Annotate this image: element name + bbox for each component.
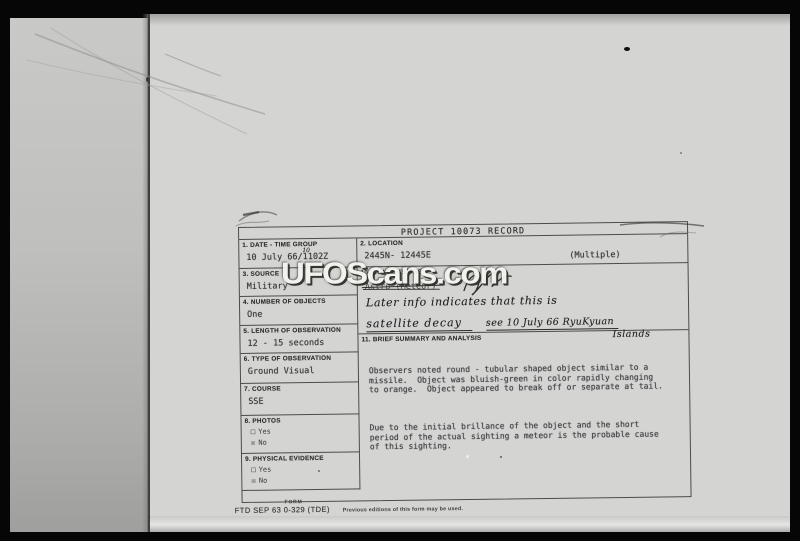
field-label: 8. PHOTOS	[241, 414, 358, 425]
field-value: 12 - 15 seconds	[240, 333, 357, 349]
photos-yes-option: □Yes	[251, 425, 359, 435]
field-number-of-objects: 4. NUMBER OF OBJECTS One	[240, 295, 358, 326]
footer-note: Previous editions of this form may be us…	[343, 506, 463, 514]
option-label: Yes	[258, 428, 271, 436]
field-value: Ground Visual	[241, 361, 358, 377]
dust-speck	[318, 470, 320, 472]
option-label: Yes	[259, 466, 272, 474]
summary-text: Observers noted round - tubular shaped o…	[369, 343, 667, 480]
multiple-note: (Multiple)	[569, 250, 620, 261]
field-physical-evidence: 9. PHYSICAL EVIDENCE □Yes ☒No	[242, 452, 360, 491]
evidence-yes-option: □Yes	[251, 463, 359, 473]
dust-speck	[624, 47, 630, 51]
evidence-no-option: ☒No	[251, 474, 359, 484]
dust-speck	[680, 152, 682, 154]
dust-speck	[466, 455, 469, 458]
field-photos: 8. PHOTOS □Yes ☒No	[241, 414, 359, 454]
checkbox-checked-icon: ☒	[251, 476, 256, 485]
field-brief-summary: 11. BRIEF SUMMARY AND ANALYSIS Islands O…	[358, 330, 690, 500]
field-value: One	[240, 304, 357, 320]
option-label: No	[258, 439, 267, 447]
handwritten-note-line2: satellite decaysee 10 July 66 RyuKyuan	[366, 311, 618, 332]
field-type-of-observation: 6. TYPE OF OBSERVATION Ground Visual	[241, 352, 359, 384]
option-label: No	[259, 477, 268, 485]
dust-speck	[146, 77, 149, 82]
dust-speck	[500, 456, 502, 458]
ufoscans-watermark: UFOScans.com	[281, 256, 507, 291]
summary-paragraph-2: Due to the initial brillance of the obje…	[370, 420, 666, 453]
field-length-of-observation: 5. LENGTH OF OBSERVATION 12 - 15 seconds	[240, 324, 358, 354]
checkbox-unchecked-icon: □	[251, 465, 256, 474]
checkbox-checked-icon: ☒	[251, 438, 256, 447]
summary-paragraph-1: Observers noted round - tubular shaped o…	[369, 363, 665, 396]
field-course: 7. COURSE SSE	[241, 382, 359, 416]
field-label: 9. PHYSICAL EVIDENCE	[242, 452, 359, 463]
left-page	[10, 18, 148, 532]
handwritten-see-reference: see 10 July 66 RyuKyuan	[486, 316, 618, 331]
form-footer: FORM FTD SEP 63 0-329 (TDE) Previous edi…	[235, 498, 685, 524]
handwritten-satellite-decay: satellite decay	[366, 316, 472, 332]
handwritten-islands: Islands	[612, 329, 650, 340]
handwritten-annotation: 10	[302, 247, 310, 254]
handwritten-note-line1: Later info indicates that this is	[366, 294, 558, 310]
checkbox-unchecked-icon: □	[251, 427, 256, 436]
footer-form-number: FTD SEP 63 0-329 (TDE)	[235, 505, 330, 515]
scanned-document-scene: PROJECT 10073 RECORD 1. DATE - TIME GROU…	[0, 0, 800, 541]
field-label: 5. LENGTH OF OBSERVATION	[240, 324, 357, 335]
photos-no-option: ☒No	[251, 436, 359, 446]
field-value: SSE	[241, 391, 358, 407]
